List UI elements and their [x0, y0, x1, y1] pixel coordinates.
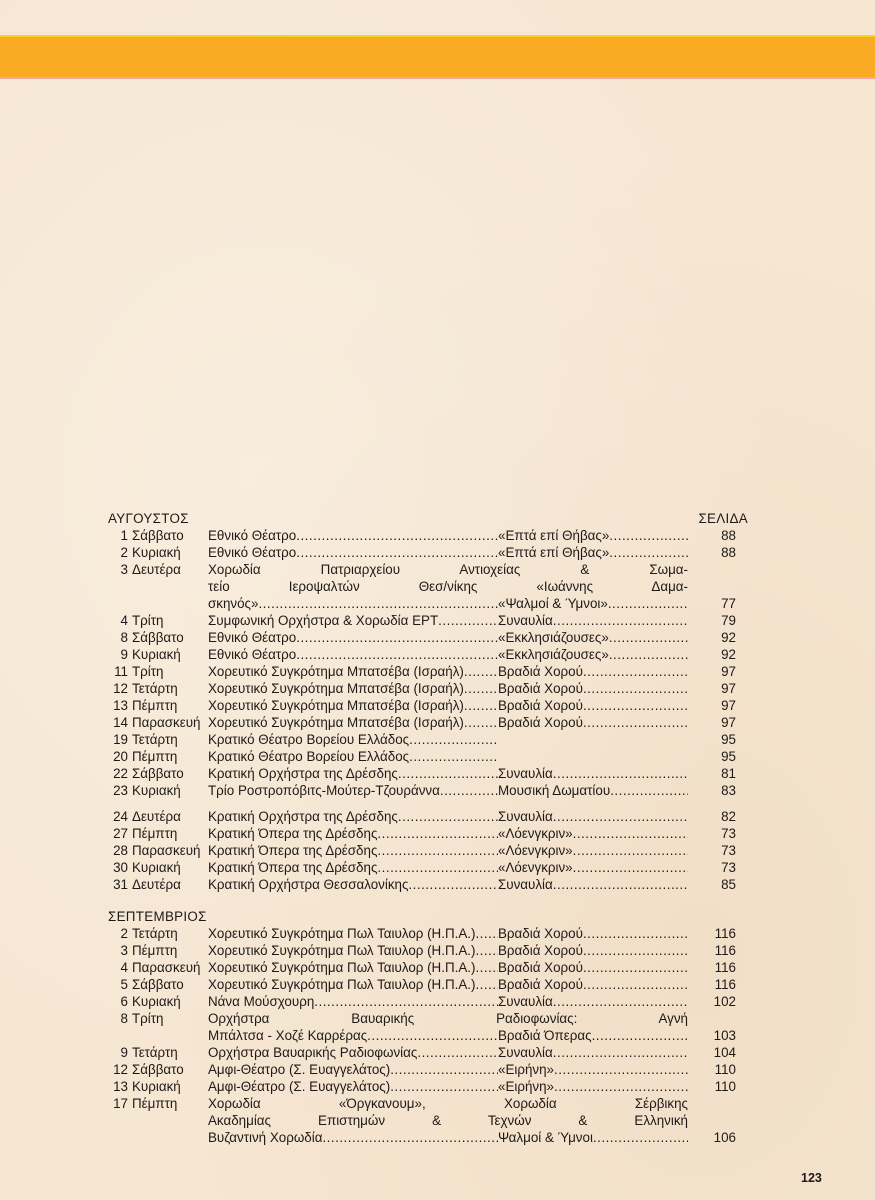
entry-day: 6: [108, 993, 128, 1010]
dot-leader: [464, 714, 498, 731]
entry-spacer: [108, 799, 758, 808]
entry-weekday: Τετάρτη: [132, 1045, 178, 1060]
dot-leader: [609, 629, 688, 646]
entry-event-column: «Ειρήνη»: [498, 1061, 688, 1078]
entry-performer-line: τείο Ιεροψαλτών Θεσ/νίκης «Ιωάννης Δαμα-: [208, 578, 688, 595]
entry-event: «Επτά επί Θήβας»: [498, 544, 609, 561]
entry-weekday: Κυριακή: [132, 783, 181, 798]
dot-leader: [417, 1044, 498, 1061]
toc-entry: 3ΔευτέραΧορωδία Πατριαρχείου Αντιοχείας …: [108, 561, 758, 612]
dot-leader: [610, 782, 688, 799]
entry-date: 9Κυριακή: [108, 646, 208, 663]
toc-entry: 9ΚυριακήΕθνικό Θέατρο«Εκκλησιάζουσες»92: [108, 646, 758, 663]
entry-weekday: Πέμπτη: [132, 826, 177, 841]
dot-leader: [409, 731, 498, 748]
entry-performer: Κρατική Ορχήστρα Θεσσαλονίκης: [208, 876, 408, 893]
entry-page: 83: [696, 782, 736, 799]
toc-entry: 8ΣάββατοΕθνικό Θέατρο«Εκκλησιάζουσες»92: [108, 629, 758, 646]
dot-leader: [573, 825, 688, 842]
entry-event: Βραδιά Χορού: [498, 714, 583, 731]
entry-event: Βραδιά Χορού: [498, 925, 583, 942]
entry-date: 28Παρασκευή: [108, 842, 208, 859]
dot-leader: [398, 765, 498, 782]
entry-day: 5: [108, 976, 128, 993]
entry-weekday: Δευτέρα: [132, 877, 181, 892]
entry-event: «Εκκλησιάζουσες»: [498, 646, 609, 663]
entry-body: Χορευτικό Συγκρότημα Πωλ Ταιυλορ (Η.Π.Α.…: [208, 942, 688, 959]
entry-page: 97: [696, 680, 736, 697]
entry-day: 12: [108, 1061, 128, 1078]
entry-event-column: Συναυλία: [498, 612, 688, 629]
dot-leader: [296, 544, 498, 561]
entry-event-column: Ψαλμοί & Ύμνοι: [498, 1129, 688, 1146]
entry-day: 8: [108, 629, 128, 646]
dot-leader: [377, 859, 498, 876]
entry-date: 12Σάββατο: [108, 1061, 208, 1078]
entry-weekday: Παρασκευή: [132, 960, 200, 975]
entry-day: 3: [108, 942, 128, 959]
toc-entry: 13ΚυριακήΑμφι-Θέατρο (Σ. Ευαγγελάτος)«Ει…: [108, 1078, 758, 1095]
entry-body: Κρατική Όπερα της Δρέσδης«Λόενγκριν»: [208, 842, 688, 859]
dot-leader: [583, 697, 688, 714]
entry-body: Κρατική Ορχήστρα της ΔρέσδηςΣυναυλία: [208, 765, 688, 782]
entry-performer: Χορευτικό Συγκρότημα Πωλ Ταιυλορ (Η.Π.Α.…: [208, 925, 475, 942]
dot-leader: [409, 748, 498, 765]
entry-page: 116: [696, 976, 736, 993]
entry-event: Συναυλία: [498, 876, 553, 893]
entry-performer: Εθνικό Θέατρο: [208, 527, 296, 544]
dot-leader: [377, 825, 498, 842]
toc-header: ΣΕΛΙΔΑ ΑΥΓΟΥΣΤΟΣ: [108, 510, 758, 527]
entry-performer: Κρατική Όπερα της Δρέσδης: [208, 859, 377, 876]
entry-performer: Εθνικό Θέατρο: [208, 646, 296, 663]
entry-event: Συναυλία: [498, 1044, 553, 1061]
entry-performer-column: σκηνός»: [208, 595, 498, 612]
entry-body: Νάνα ΜούσχουρηΣυναυλία: [208, 993, 688, 1010]
toc-entry: 31ΔευτέραΚρατική Ορχήστρα ΘεσσαλονίκηςΣυ…: [108, 876, 758, 893]
entry-event: Συναυλία: [498, 993, 553, 1010]
entry-weekday: Τετάρτη: [132, 681, 178, 696]
entry-event-column: Βραδιά Όπερας: [498, 1027, 688, 1044]
entry-weekday: Κυριακή: [132, 860, 181, 875]
dot-leader: [408, 876, 498, 893]
entry-day: 22: [108, 765, 128, 782]
dot-leader: [475, 942, 498, 959]
entry-performer-column: Κρατικό Θέατρο Βορείου Ελλάδος: [208, 731, 498, 748]
entry-page: 116: [696, 925, 736, 942]
entry-performer-column: Νάνα Μούσχουρη: [208, 993, 498, 1010]
entry-date: 6Κυριακή: [108, 993, 208, 1010]
entry-leader-line: Χορευτικό Συγκρότημα Μπατσέβα (Ισραήλ)Βρ…: [208, 697, 688, 714]
entry-body: Εθνικό Θέατρο«Επτά επί Θήβας»: [208, 544, 688, 561]
entry-event: Συναυλία: [498, 765, 553, 782]
dot-leader: [554, 1061, 688, 1078]
entry-date: 3Πέμπτη: [108, 942, 208, 959]
entry-page: 73: [696, 842, 736, 859]
entry-performer: Εθνικό Θέατρο: [208, 629, 296, 646]
entry-event-column: Βραδιά Χορού: [498, 942, 688, 959]
entry-leader-line: Εθνικό Θέατρο«Εκκλησιάζουσες»: [208, 646, 688, 663]
entry-leader-line: Χορευτικό Συγκρότημα Μπατσέβα (Ισραήλ)Βρ…: [208, 680, 688, 697]
entry-event: Μουσική Δωματίου: [498, 782, 610, 799]
entry-leader-line: Χορευτικό Συγκρότημα Πωλ Ταιυλορ (Η.Π.Α.…: [208, 976, 688, 993]
entry-weekday: Πέμπτη: [132, 749, 177, 764]
entry-body: Εθνικό Θέατρο«Εκκλησιάζουσες»: [208, 646, 688, 663]
entry-event: Βραδιά Χορού: [498, 976, 583, 993]
entry-performer-line: Ορχήστρα Βαυαρικής Ραδιοφωνίας: Αγνή: [208, 1010, 688, 1027]
entry-performer: Χορευτικό Συγκρότημα Πωλ Ταιυλορ (Η.Π.Α.…: [208, 959, 475, 976]
entry-event-column: Συναυλία: [498, 993, 688, 1010]
entry-event-column: «Εκκλησιάζουσες»: [498, 629, 688, 646]
entry-performer: Κρατική Όπερα της Δρέσδης: [208, 825, 377, 842]
entry-body: Κρατική Όπερα της Δρέσδης«Λόενγκριν»: [208, 825, 688, 842]
entry-leader-line: Εθνικό Θέατρο«Εκκλησιάζουσες»: [208, 629, 688, 646]
dot-leader: [609, 544, 688, 561]
dot-leader: [583, 925, 688, 942]
entry-day: 27: [108, 825, 128, 842]
entry-performer-line: Χορωδία Πατριαρχείου Αντιοχείας & Σωμα-: [208, 561, 688, 578]
entry-body: Χορευτικό Συγκρότημα Μπατσέβα (Ισραήλ)Βρ…: [208, 663, 688, 680]
entry-page: 103: [696, 1027, 736, 1044]
entry-body: Κρατική Ορχήστρα της ΔρέσδηςΣυναυλία: [208, 808, 688, 825]
entry-leader-line: Μπάλτσα - Χοζέ ΚαρρέραςΒραδιά Όπερας: [208, 1027, 688, 1044]
dot-leader: [398, 808, 498, 825]
entry-performer-column: Χορευτικό Συγκρότημα Μπατσέβα (Ισραήλ): [208, 714, 498, 731]
dot-leader: [554, 1078, 688, 1095]
dot-leader: [553, 612, 688, 629]
decorative-header-band: [0, 35, 875, 79]
entry-event: «Εκκλησιάζουσες»: [498, 629, 609, 646]
entry-day: 24: [108, 808, 128, 825]
entry-weekday: Τρίτη: [132, 613, 164, 628]
entry-weekday: Τετάρτη: [132, 732, 178, 747]
toc-entry: 12ΤετάρτηΧορευτικό Συγκρότημα Μπατσέβα (…: [108, 680, 758, 697]
page-column-label: ΣΕΛΙΔΑ: [698, 510, 748, 527]
entry-performer: Χορευτικό Συγκρότημα Πωλ Ταιυλορ (Η.Π.Α.…: [208, 976, 475, 993]
entry-page: 97: [696, 697, 736, 714]
dot-leader: [464, 697, 498, 714]
entry-body: Ορχήστρα Βαυαρικής Ραδιοφωνίας: ΑγνήΜπάλ…: [208, 1010, 688, 1044]
entry-leader-line: Κρατικό Θέατρο Βορείου Ελλάδος: [208, 748, 688, 765]
entry-weekday: Σάββατο: [132, 977, 184, 992]
entry-date: 1Σάββατο: [108, 527, 208, 544]
dot-leader: [377, 842, 498, 859]
entry-page: 95: [696, 748, 736, 765]
entry-weekday: Τρίτη: [132, 664, 164, 679]
dot-leader: [583, 714, 688, 731]
entry-performer: Χορευτικό Συγκρότημα Πωλ Ταιυλορ (Η.Π.Α.…: [208, 942, 475, 959]
entry-weekday: Πέμπτη: [132, 1096, 177, 1111]
dot-leader: [553, 993, 688, 1010]
toc-entry: 4ΠαρασκευήΧορευτικό Συγκρότημα Πωλ Ταιυλ…: [108, 959, 758, 976]
entry-performer-column: Εθνικό Θέατρο: [208, 646, 498, 663]
entry-page: 81: [696, 765, 736, 782]
entry-day: 13: [108, 1078, 128, 1095]
entry-weekday: Τετάρτη: [132, 926, 178, 941]
entry-page: 77: [696, 595, 736, 612]
toc-entry: 23ΚυριακήΤρίο Ροστροπόβιτς-Μούτερ-Τζουρά…: [108, 782, 758, 799]
entry-event-column: Μουσική Δωματίου: [498, 782, 688, 799]
dot-leader: [475, 976, 498, 993]
entry-day: 2: [108, 544, 128, 561]
dot-leader: [296, 527, 498, 544]
entry-leader-line: Κρατικό Θέατρο Βορείου Ελλάδος: [208, 731, 688, 748]
entry-body: Χορευτικό Συγκρότημα Πωλ Ταιυλορ (Η.Π.Α.…: [208, 925, 688, 942]
dot-leader: [438, 612, 498, 629]
page-number: 123: [801, 1171, 822, 1185]
dot-leader: [553, 808, 688, 825]
toc-entry: 4ΤρίτηΣυμφωνική Ορχήστρα & Χορωδία ΕΡΤΣυ…: [108, 612, 758, 629]
entry-day: 12: [108, 680, 128, 697]
entry-day: 8: [108, 1010, 128, 1027]
dot-leader: [440, 782, 498, 799]
entry-leader-line: Αμφι-Θέατρο (Σ. Ευαγγελάτος)«Ειρήνη»: [208, 1078, 688, 1095]
toc-entry: 3ΠέμπτηΧορευτικό Συγκρότημα Πωλ Ταιυλορ …: [108, 942, 758, 959]
dot-leader: [322, 1129, 498, 1146]
entry-day: 11: [108, 663, 128, 680]
entry-weekday: Πέμπτη: [132, 698, 177, 713]
entry-event: «Λόενγκριν»: [498, 825, 573, 842]
toc-entry: 24ΔευτέραΚρατική Ορχήστρα της ΔρέσδηςΣυν…: [108, 808, 758, 825]
entry-day: 19: [108, 731, 128, 748]
entry-performer: Μπάλτσα - Χοζέ Καρρέρας: [208, 1027, 367, 1044]
entry-leader-line: Εθνικό Θέατρο«Επτά επί Θήβας»: [208, 544, 688, 561]
entry-event: Βραδιά Χορού: [498, 942, 583, 959]
entry-page: 88: [696, 527, 736, 544]
dot-leader: [583, 959, 688, 976]
entry-event-column: Συναυλία: [498, 1044, 688, 1061]
entry-performer-column: Κρατική Ορχήστρα της Δρέσδης: [208, 808, 498, 825]
dot-leader: [583, 680, 688, 697]
entry-date: 12Τετάρτη: [108, 680, 208, 697]
entry-page: 110: [696, 1061, 736, 1078]
entry-performer-column: Εθνικό Θέατρο: [208, 544, 498, 561]
entry-event-column: «Λόενγκριν»: [498, 859, 688, 876]
dot-leader: [583, 942, 688, 959]
entry-event: «Λόενγκριν»: [498, 859, 573, 876]
entry-performer-column: Συμφωνική Ορχήστρα & Χορωδία ΕΡΤ: [208, 612, 498, 629]
entry-leader-line: σκηνός»«Ψαλμοί & Ύμνοι»: [208, 595, 688, 612]
entry-performer: Χορευτικό Συγκρότημα Μπατσέβα (Ισραήλ): [208, 714, 464, 731]
entry-day: 23: [108, 782, 128, 799]
entry-performer-column: Μπάλτσα - Χοζέ Καρρέρας: [208, 1027, 498, 1044]
entry-date: 20Πέμπτη: [108, 748, 208, 765]
entry-page: 106: [696, 1129, 736, 1146]
entry-leader-line: Κρατική Ορχήστρα της ΔρέσδηςΣυναυλία: [208, 765, 688, 782]
entry-body: Χορευτικό Συγκρότημα Μπατσέβα (Ισραήλ)Βρ…: [208, 680, 688, 697]
dot-leader: [464, 680, 498, 697]
entry-event-column: «Επτά επί Θήβας»: [498, 544, 688, 561]
entry-date: 14Παρασκευή: [108, 714, 208, 731]
entry-page: 88: [696, 544, 736, 561]
entry-day: 20: [108, 748, 128, 765]
entry-day: 9: [108, 646, 128, 663]
entry-day: 4: [108, 959, 128, 976]
dot-leader: [296, 629, 498, 646]
entry-weekday: Σάββατο: [132, 1062, 184, 1077]
month-spacer: [108, 893, 758, 908]
entry-event: Βραδιά Χορού: [498, 959, 583, 976]
entry-day: 4: [108, 612, 128, 629]
entry-day: 28: [108, 842, 128, 859]
entry-performer-column: Χορευτικό Συγκρότημα Πωλ Ταιυλορ (Η.Π.Α.…: [208, 959, 498, 976]
entry-date: 27Πέμπτη: [108, 825, 208, 842]
toc-entry: 11ΤρίτηΧορευτικό Συγκρότημα Μπατσέβα (Ισ…: [108, 663, 758, 680]
entry-performer: Χορευτικό Συγκρότημα Μπατσέβα (Ισραήλ): [208, 680, 464, 697]
entry-performer: Ορχήστρα Βαυαρικής Ραδιοφωνίας: [208, 1044, 417, 1061]
entry-performer-column: Ορχήστρα Βαυαρικής Ραδιοφωνίας: [208, 1044, 498, 1061]
entry-leader-line: Χορευτικό Συγκρότημα Πωλ Ταιυλορ (Η.Π.Α.…: [208, 942, 688, 959]
entry-weekday: Τρίτη: [132, 1011, 164, 1026]
entry-day: 31: [108, 876, 128, 893]
entry-event: «Επτά επί Θήβας»: [498, 527, 609, 544]
entry-performer: Κρατική Ορχήστρα της Δρέσδης: [208, 765, 398, 782]
toc-entry: 9ΤετάρτηΟρχήστρα Βαυαρικής ΡαδιοφωνίαςΣυ…: [108, 1044, 758, 1061]
toc-entry: 30ΚυριακήΚρατική Όπερα της Δρέσδης«Λόενγ…: [108, 859, 758, 876]
entry-event-column: Συναυλία: [498, 808, 688, 825]
entry-leader-line: Εθνικό Θέατρο«Επτά επί Θήβας»: [208, 527, 688, 544]
entry-body: Χορωδία «Όργκανουμ», Χορωδία ΣέρβικηςΑκα…: [208, 1095, 688, 1146]
entry-event-column: Συναυλία: [498, 765, 688, 782]
entry-performer: Χορευτικό Συγκρότημα Μπατσέβα (Ισραήλ): [208, 663, 464, 680]
entry-page: 73: [696, 859, 736, 876]
dot-leader: [475, 959, 498, 976]
entry-page: 82: [696, 808, 736, 825]
toc-entry: 8ΤρίτηΟρχήστρα Βαυαρικής Ραδιοφωνίας: Αγ…: [108, 1010, 758, 1044]
dot-leader: [390, 1078, 498, 1095]
entry-body: Χορευτικό Συγκρότημα Μπατσέβα (Ισραήλ)Βρ…: [208, 714, 688, 731]
entry-body: Κρατική Όπερα της Δρέσδης«Λόενγκριν»: [208, 859, 688, 876]
entry-performer-column: Εθνικό Θέατρο: [208, 527, 498, 544]
toc-entry: 1ΣάββατοΕθνικό Θέατρο«Επτά επί Θήβας»88: [108, 527, 758, 544]
entry-leader-line: Χορευτικό Συγκρότημα Μπατσέβα (Ισραήλ)Βρ…: [208, 663, 688, 680]
entry-event: Ψαλμοί & Ύμνοι: [498, 1129, 593, 1146]
entry-weekday: Πέμπτη: [132, 943, 177, 958]
entry-performer: Νάνα Μούσχουρη: [208, 993, 314, 1010]
dot-leader: [583, 976, 688, 993]
month-heading: ΣΕΠΤΕΜΒΡΙΟΣ: [108, 908, 758, 925]
dot-leader: [593, 1129, 688, 1146]
entry-page: 116: [696, 942, 736, 959]
entry-event-column: Βραδιά Χορού: [498, 663, 688, 680]
entry-date: 13Κυριακή: [108, 1078, 208, 1095]
entry-performer: σκηνός»: [208, 595, 258, 612]
entry-leader-line: Αμφι-Θέατρο (Σ. Ευαγγελάτος)«Ειρήνη»: [208, 1061, 688, 1078]
toc-entry: 20ΠέμπτηΚρατικό Θέατρο Βορείου Ελλάδος95: [108, 748, 758, 765]
entry-date: 30Κυριακή: [108, 859, 208, 876]
entry-event-column: Συναυλία: [498, 876, 688, 893]
entry-event-column: «Λόενγκριν»: [498, 842, 688, 859]
entry-event: Συναυλία: [498, 612, 553, 629]
entry-leader-line: Χορευτικό Συγκρότημα Μπατσέβα (Ισραήλ)Βρ…: [208, 714, 688, 731]
entry-body: Χορευτικό Συγκρότημα Πωλ Ταιυλορ (Η.Π.Α.…: [208, 959, 688, 976]
entry-event: Βραδιά Χορού: [498, 680, 583, 697]
entry-weekday: Παρασκευή: [132, 843, 200, 858]
entry-date: 2Τετάρτη: [108, 925, 208, 942]
entry-performer: Κρατικό Θέατρο Βορείου Ελλάδος: [208, 731, 409, 748]
dot-leader: [553, 876, 688, 893]
entry-performer-column: Κρατική Ορχήστρα Θεσσαλονίκης: [208, 876, 498, 893]
entry-day: 30: [108, 859, 128, 876]
entry-date: 9Τετάρτη: [108, 1044, 208, 1061]
entry-day: 9: [108, 1044, 128, 1061]
entry-body: Ορχήστρα Βαυαρικής ΡαδιοφωνίαςΣυναυλία: [208, 1044, 688, 1061]
entry-performer-column: Κρατική Ορχήστρα της Δρέσδης: [208, 765, 498, 782]
entry-day: 13: [108, 697, 128, 714]
entry-performer-column: Κρατική Όπερα της Δρέσδης: [208, 825, 498, 842]
entry-weekday: Κυριακή: [132, 994, 181, 1009]
entry-event-column: Βραδιά Χορού: [498, 714, 688, 731]
entry-date: 11Τρίτη: [108, 663, 208, 680]
entry-leader-line: Τρίο Ροστροπόβιτς-Μούτερ-ΤζουράνναΜουσικ…: [208, 782, 688, 799]
dot-leader: [608, 595, 688, 612]
entry-performer-column: Χορευτικό Συγκρότημα Πωλ Ταιυλορ (Η.Π.Α.…: [208, 942, 498, 959]
dot-leader: [258, 595, 498, 612]
entry-body: Εθνικό Θέατρο«Επτά επί Θήβας»: [208, 527, 688, 544]
entry-page: 73: [696, 825, 736, 842]
entry-leader-line: Χορευτικό Συγκρότημα Πωλ Ταιυλορ (Η.Π.Α.…: [208, 959, 688, 976]
entry-leader-line: Βυζαντινή ΧορωδίαΨαλμοί & Ύμνοι: [208, 1129, 688, 1146]
toc-entry: 14ΠαρασκευήΧορευτικό Συγκρότημα Μπατσέβα…: [108, 714, 758, 731]
entry-performer-column: Βυζαντινή Χορωδία: [208, 1129, 498, 1146]
entry-day: 17: [108, 1095, 128, 1112]
entry-leader-line: Νάνα ΜούσχουρηΣυναυλία: [208, 993, 688, 1010]
entry-leader-line: Συμφωνική Ορχήστρα & Χορωδία ΕΡΤΣυναυλία: [208, 612, 688, 629]
entry-body: Εθνικό Θέατρο«Εκκλησιάζουσες»: [208, 629, 688, 646]
entry-date: 3Δευτέρα: [108, 561, 208, 612]
entry-body: Κρατικό Θέατρο Βορείου Ελλάδος: [208, 731, 688, 748]
entry-date: 19Τετάρτη: [108, 731, 208, 748]
entry-page: 97: [696, 663, 736, 680]
entry-event-column: «Λόενγκριν»: [498, 825, 688, 842]
entry-event-column: Βραδιά Χορού: [498, 680, 688, 697]
entry-body: Χορευτικό Συγκρότημα Πωλ Ταιυλορ (Η.Π.Α.…: [208, 976, 688, 993]
dot-leader: [609, 527, 688, 544]
entry-weekday: Σάββατο: [132, 766, 184, 781]
toc-entry: 19ΤετάρτηΚρατικό Θέατρο Βορείου Ελλάδος9…: [108, 731, 758, 748]
entry-performer-column: Εθνικό Θέατρο: [208, 629, 498, 646]
dot-leader: [573, 859, 688, 876]
entry-date: 23Κυριακή: [108, 782, 208, 799]
entry-performer-column: Χορευτικό Συγκρότημα Πωλ Ταιυλορ (Η.Π.Α.…: [208, 976, 498, 993]
dot-leader: [573, 842, 688, 859]
entry-performer: Αμφι-Θέατρο (Σ. Ευαγγελάτος): [208, 1061, 390, 1078]
toc-entry: 12ΣάββατοΑμφι-Θέατρο (Σ. Ευαγγελάτος)«Ει…: [108, 1061, 758, 1078]
entry-date: 8Σάββατο: [108, 629, 208, 646]
entry-date: 17Πέμπτη: [108, 1095, 208, 1146]
entry-date: 5Σάββατο: [108, 976, 208, 993]
entry-performer: Αμφι-Θέατρο (Σ. Ευαγγελάτος): [208, 1078, 390, 1095]
entry-leader-line: Ορχήστρα Βαυαρικής ΡαδιοφωνίαςΣυναυλία: [208, 1044, 688, 1061]
dot-leader: [553, 765, 688, 782]
table-of-contents: ΣΕΛΙΔΑ ΑΥΓΟΥΣΤΟΣ 1ΣάββατοΕθνικό Θέατρο«Ε…: [108, 510, 758, 1146]
entry-performer-column: Κρατική Όπερα της Δρέσδης: [208, 842, 498, 859]
dot-leader: [609, 646, 688, 663]
entry-performer-column: Χορευτικό Συγκρότημα Πωλ Ταιυλορ (Η.Π.Α.…: [208, 925, 498, 942]
toc-entry: 5ΣάββατοΧορευτικό Συγκρότημα Πωλ Ταιυλορ…: [108, 976, 758, 993]
entry-performer: Τρίο Ροστροπόβιτς-Μούτερ-Τζουράννα: [208, 782, 440, 799]
entry-page: 92: [696, 646, 736, 663]
entry-body: Χορωδία Πατριαρχείου Αντιοχείας & Σωμα-τ…: [208, 561, 688, 612]
entry-leader-line: Κρατική Ορχήστρα της ΔρέσδηςΣυναυλία: [208, 808, 688, 825]
entry-page: 110: [696, 1078, 736, 1095]
entry-leader-line: Χορευτικό Συγκρότημα Πωλ Ταιυλορ (Η.Π.Α.…: [208, 925, 688, 942]
entry-date: 31Δευτέρα: [108, 876, 208, 893]
month-name: ΣΕΠΤΕΜΒΡΙΟΣ: [108, 908, 207, 925]
entry-date: 24Δευτέρα: [108, 808, 208, 825]
entry-day: 14: [108, 714, 128, 731]
entry-leader-line: Κρατική Όπερα της Δρέσδης«Λόενγκριν»: [208, 842, 688, 859]
